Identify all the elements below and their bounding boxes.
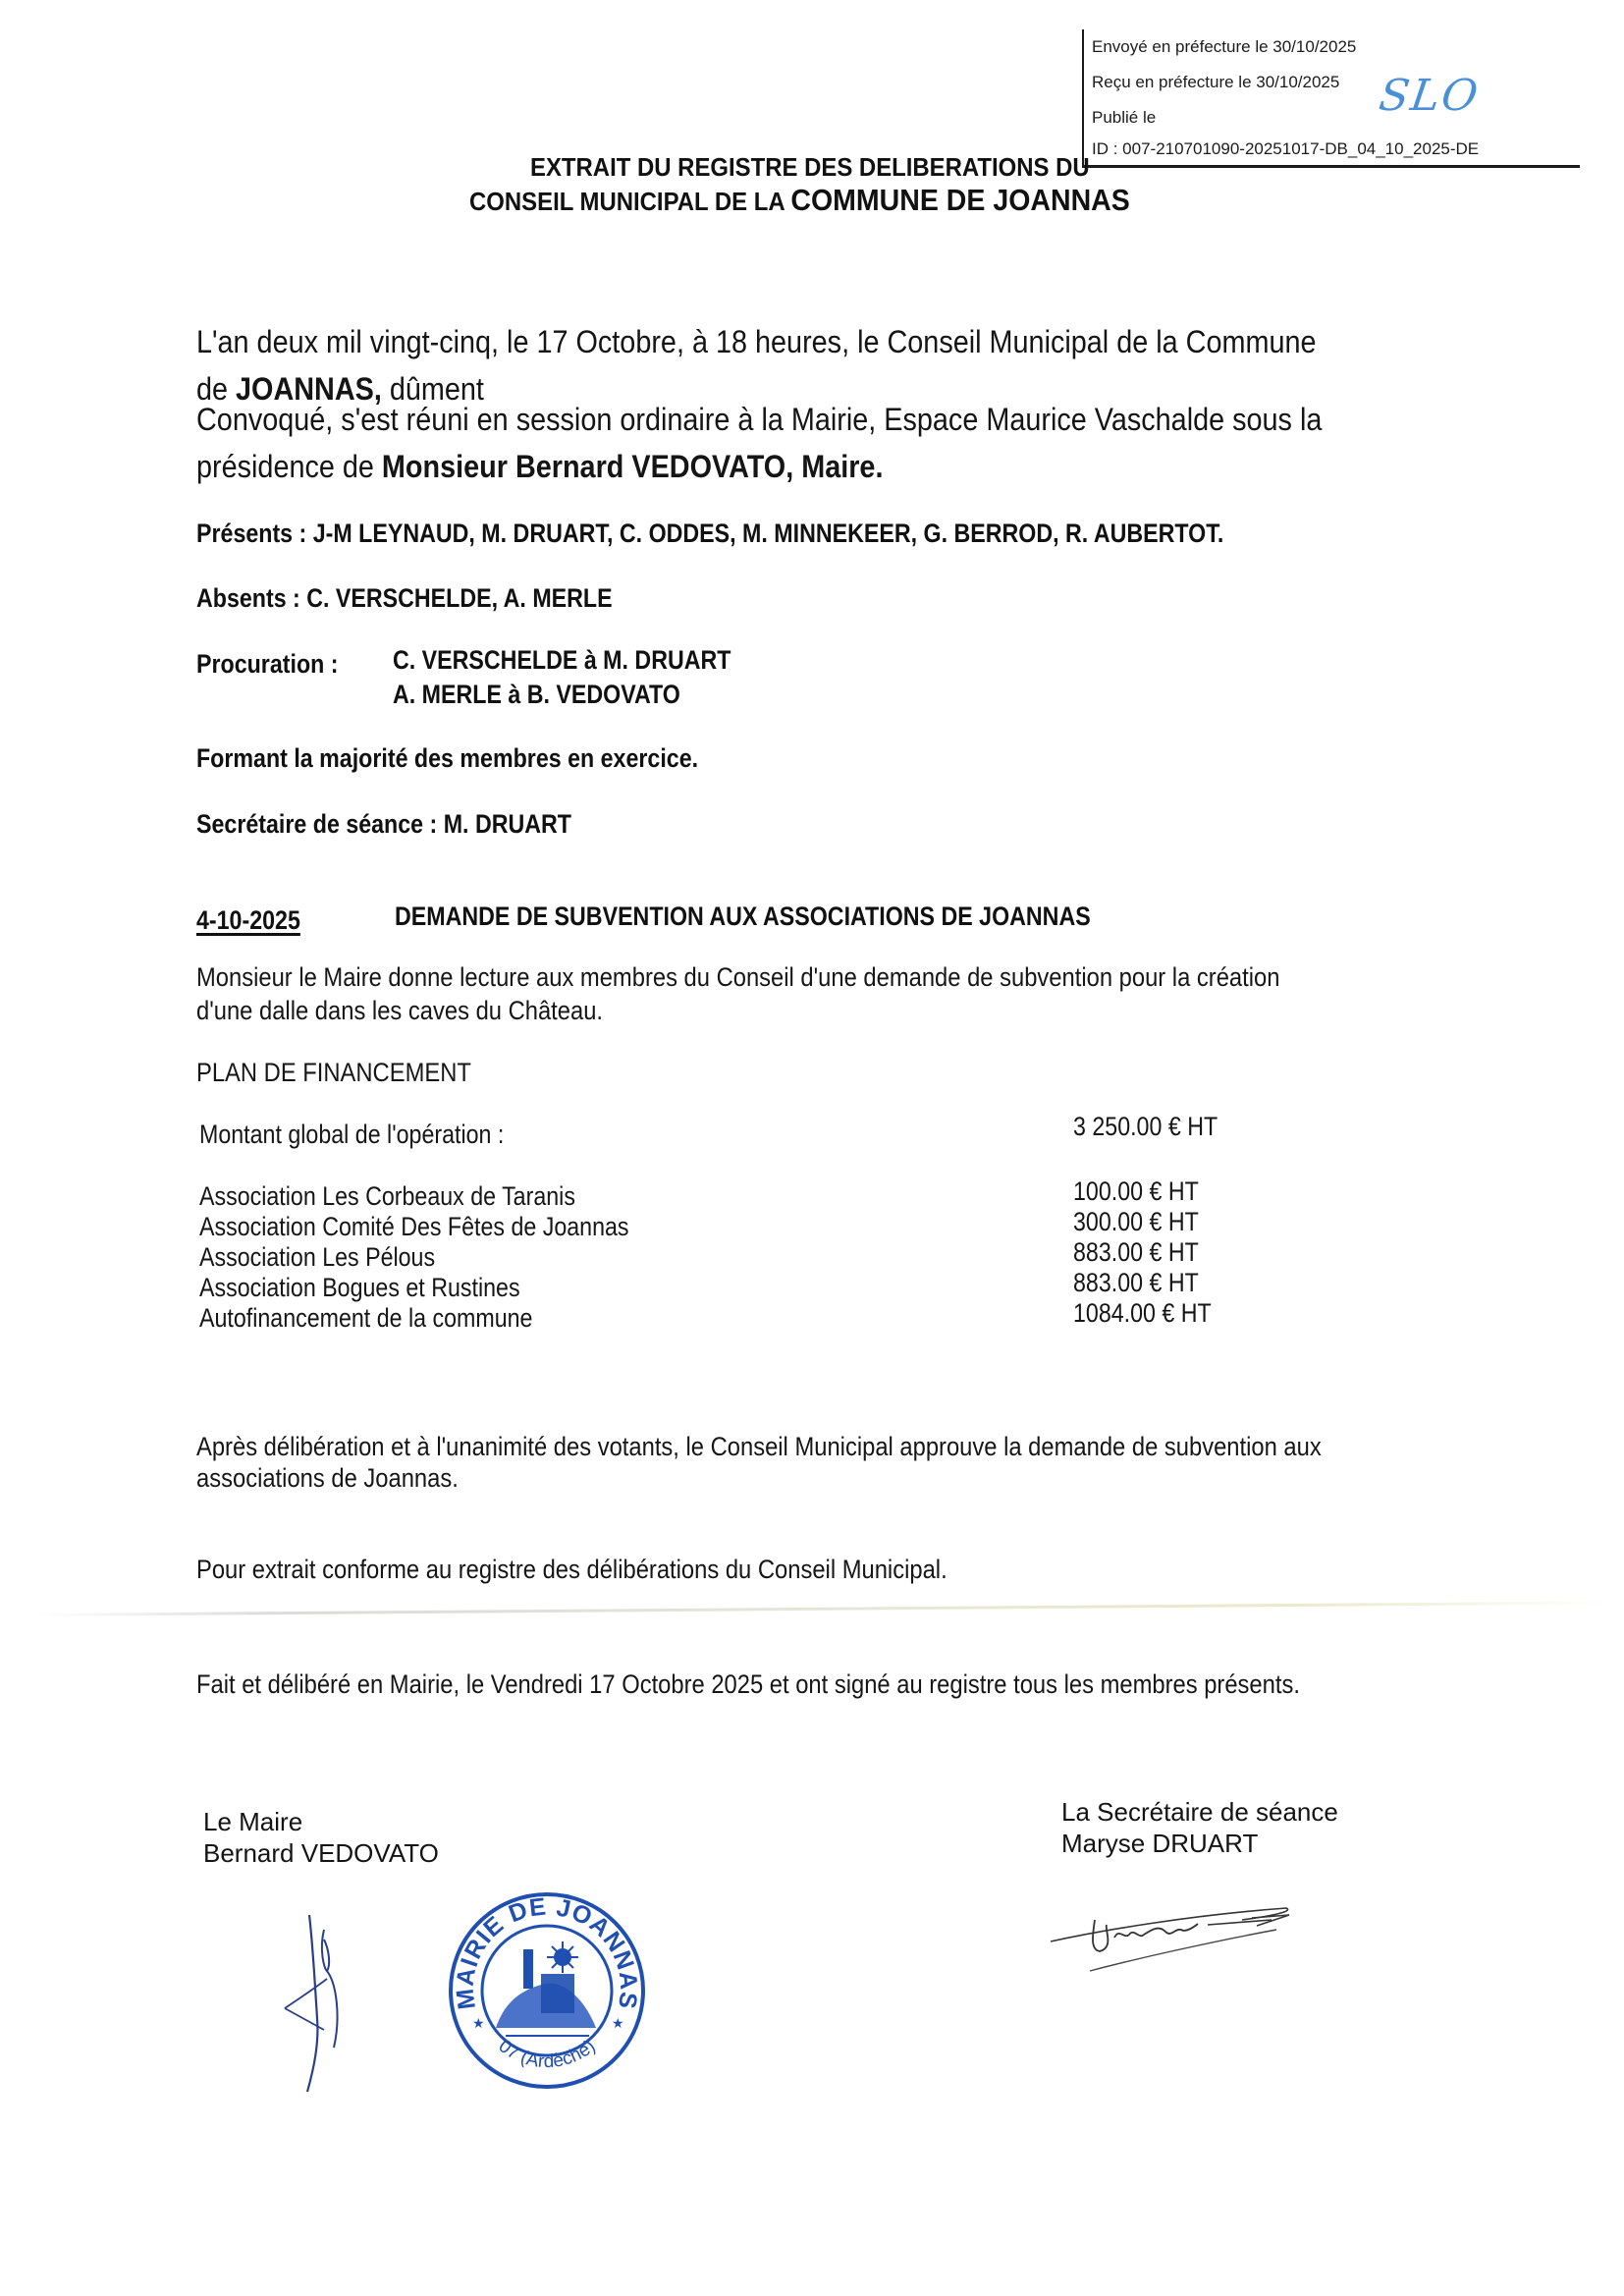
funding-label: Association Comité Des Fêtes de Joannas <box>199 1212 629 1242</box>
commune-name: COMMUNE DE JOANNAS <box>790 183 1129 217</box>
document-title-line1: EXTRAIT DU REGISTRE DES DELIBERATIONS DU <box>530 152 1090 183</box>
scan-artifact-line <box>39 1601 1610 1616</box>
financing-plan-title: PLAN DE FINANCEMENT <box>196 1058 471 1088</box>
secretary-signature-icon <box>1046 1890 1311 1979</box>
decision-line-2: associations de Joannas. <box>196 1463 459 1494</box>
prefecture-stamp-rule <box>1082 165 1580 168</box>
total-amount-label: Montant global de l'opération : <box>199 1120 504 1150</box>
absent-members: Absents : C. VERSCHELDE, A. MERLE <box>196 583 613 614</box>
procuration-item: A. MERLE à B. VEDOVATO <box>393 680 680 710</box>
mayor-name: Bernard VEDOVATO <box>203 1838 439 1869</box>
intro-line-4: présidence de Monsieur Bernard VEDOVATO,… <box>196 449 883 485</box>
svg-text:07 (Ardèche): 07 (Ardèche) <box>494 2036 599 2072</box>
deliberation-title: DEMANDE DE SUBVENTION AUX ASSOCIATIONS D… <box>395 902 1091 932</box>
procuration-label: Procuration : <box>196 649 338 680</box>
total-amount-value: 3 250.00 € HT <box>1073 1112 1218 1142</box>
svg-text:★: ★ <box>472 2015 485 2031</box>
title-prefix: CONSEIL MUNICIPAL DE LA <box>469 187 790 216</box>
deliberation-number: 4-10-2025 <box>196 905 300 936</box>
deliberation-body-line-1: Monsieur le Maire donne lecture aux memb… <box>196 962 1279 993</box>
signing-statement: Fait et délibéré en Mairie, le Vendredi … <box>196 1669 1300 1700</box>
intro-line-1: L'an deux mil vingt-cinq, le 17 Octobre,… <box>196 324 1316 360</box>
funding-amount: 883.00 € HT <box>1073 1237 1199 1268</box>
intro-line-3: Convoqué, s'est réuni en session ordinai… <box>196 402 1322 438</box>
certification-statement: Pour extrait conforme au registre des dé… <box>196 1555 947 1585</box>
mayor-signature-icon <box>280 1910 358 2097</box>
funding-amount: 300.00 € HT <box>1073 1207 1199 1237</box>
funding-label: Association Bogues et Rustines <box>199 1273 520 1303</box>
funding-amount: 100.00 € HT <box>1073 1176 1199 1207</box>
funding-amount: 883.00 € HT <box>1073 1268 1199 1298</box>
prefecture-published: Publié le <box>1092 108 1156 128</box>
svg-text:★: ★ <box>612 2015 624 2031</box>
funding-label: Autofinancement de la commune <box>199 1303 532 1334</box>
decision-line-1: Après délibération et à l'unanimité des … <box>196 1432 1322 1462</box>
secretary-title: La Secrétaire de séance <box>1061 1797 1338 1828</box>
present-members: Présents : J-M LEYNAUD, M. DRUART, C. OD… <box>196 519 1223 549</box>
intro-text: présidence de <box>196 449 382 484</box>
funding-label: Association Les Corbeaux de Taranis <box>199 1181 575 1212</box>
mayor-title: Le Maire <box>203 1807 302 1837</box>
handwritten-initials: SLO <box>1376 71 1483 121</box>
funding-amount: 1084.00 € HT <box>1073 1298 1212 1329</box>
prefecture-received-date: Reçu en préfecture le 30/10/2025 <box>1092 73 1339 92</box>
municipal-seal-icon: MAIRIE DE JOANNAS 07 (Ardèche) ★ ★ <box>447 1890 648 2092</box>
prefecture-act-id: ID : 007-210701090-20251017-DB_04_10_202… <box>1092 139 1479 159</box>
prefecture-sent-date: Envoyé en préfecture le 30/10/2025 <box>1092 37 1356 57</box>
session-secretary: Secrétaire de séance : M. DRUART <box>196 809 571 840</box>
document-title-line2: CONSEIL MUNICIPAL DE LA COMMUNE DE JOANN… <box>469 183 1130 218</box>
deliberation-body-line-2: d'une dalle dans les caves du Château. <box>196 996 603 1026</box>
secretary-name: Maryse DRUART <box>1061 1829 1258 1859</box>
quorum-statement: Formant la majorité des membres en exerc… <box>196 743 698 774</box>
funding-label: Association Les Pélous <box>199 1242 435 1273</box>
mayor-bold: Monsieur Bernard VEDOVATO, Maire. <box>382 449 884 484</box>
procuration-item: C. VERSCHELDE à M. DRUART <box>393 645 731 676</box>
